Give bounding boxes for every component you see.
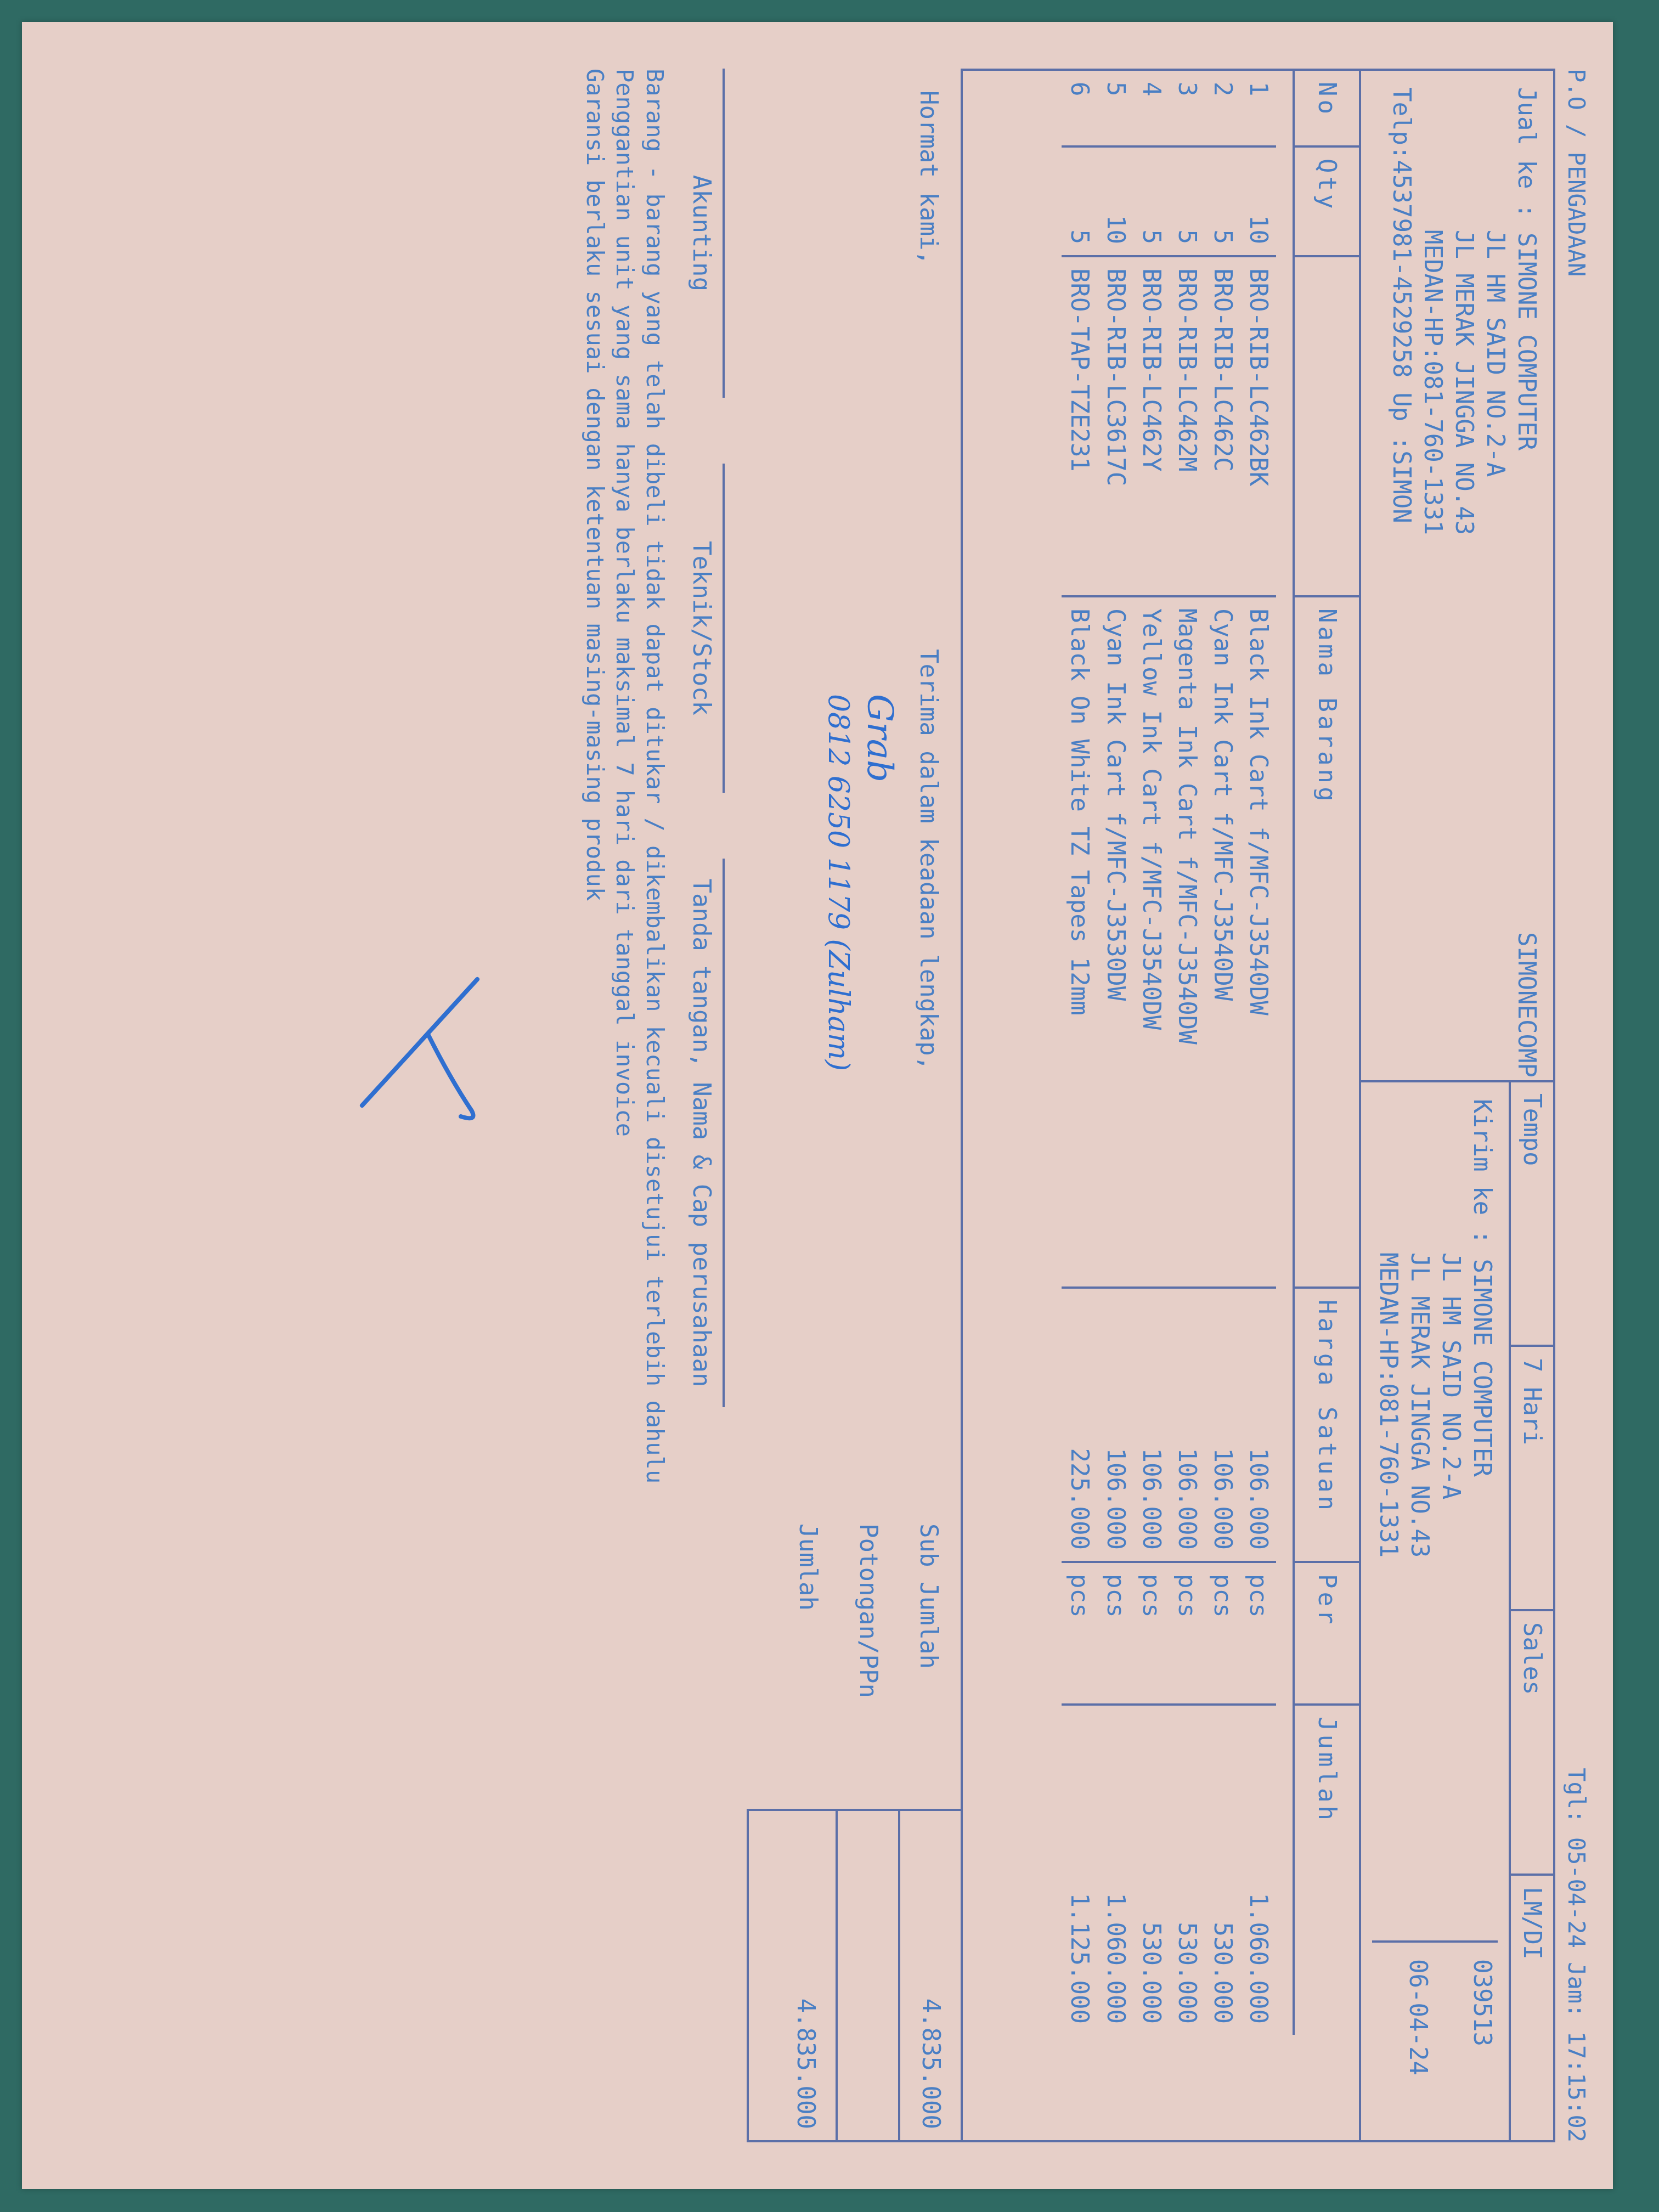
row-per: pcs xyxy=(1205,1563,1240,1706)
row-no: 6 xyxy=(1062,71,1097,148)
row-qty: 5 xyxy=(1062,148,1097,257)
regards-text: Hormat kami, xyxy=(913,91,944,265)
ship-to-city-phone: MEDAN-HP:081-760-1331 xyxy=(1372,1099,1403,1929)
totals-section: Hormat kami, Terima dalam keadaan lengka… xyxy=(747,69,961,2142)
row-name: Yellow Ink Cart f/MFC-J3540DW xyxy=(1133,597,1169,1289)
row-price: 106.000 xyxy=(1097,1289,1133,1563)
customer-code: SIMONECOMP xyxy=(1359,927,1555,1080)
ship-to-address-1: JL HM SAID NO.2-A xyxy=(1435,1099,1466,1929)
row-price: 106.000 xyxy=(1240,1289,1276,1563)
meta-grid: Tempo 7 Hari Sales LM/DI xyxy=(1509,1082,1553,2140)
table-row: 5 10 BRO-RIB-LC3617C Cyan Ink Cart f/MFC… xyxy=(1097,71,1133,2140)
col-no: No xyxy=(1293,71,1359,148)
date-label: Tgl xyxy=(1563,1768,1590,1809)
row-total: 1.060.000 xyxy=(1097,1706,1133,2035)
doc-title-bar: P.O / PENGADAAN Tgl: 05-04-24 Jam: 17:15… xyxy=(1555,36,1602,2175)
total-label: Jumlah xyxy=(763,1523,823,1798)
row-no: 2 xyxy=(1205,71,1240,148)
row-total: 530.000 xyxy=(1205,1706,1240,2035)
ship-to-name: SIMONE COMPUTER xyxy=(1468,1259,1496,1476)
row-code: BRO-RIB-LC462Y xyxy=(1133,257,1169,597)
invoice-header: Jual ke : SIMONE COMPUTER JL HM SAID NO.… xyxy=(1359,69,1555,2142)
row-no: 5 xyxy=(1097,71,1133,148)
row-name: Magenta Ink Cart f/MFC-J3540DW xyxy=(1169,597,1205,1289)
sign-stock: Teknik/Stock xyxy=(686,464,725,793)
row-total: 1.060.000 xyxy=(1240,1706,1276,2035)
sign-accounting: Akunting xyxy=(686,69,725,398)
signature-row: Akunting Teknik/Stock Tanda tangan, Nama… xyxy=(686,69,725,2142)
bill-to-address-2: JL MERAK JINGGA NO.43 xyxy=(1448,87,1480,910)
subtotal-value: 4.835.000 xyxy=(898,1811,961,2140)
totals-labels: Sub Jumlah Potongan/PPn Jumlah xyxy=(747,1513,961,1809)
row-price: 106.000 xyxy=(1133,1289,1169,1563)
row-code: BRO-RIB-LC462C xyxy=(1205,257,1240,597)
note-1: Barang - barang yang telah dibeli tidak … xyxy=(639,69,669,2142)
items-table-body: 1 10 BRO-RIB-LC462BK Black Ink Cart f/MF… xyxy=(963,71,1293,2140)
bill-to-block: Jual ke : SIMONE COMPUTER JL HM SAID NO.… xyxy=(1359,69,1555,927)
received-text: Terima dalam keadaan lengkap, xyxy=(913,649,944,1070)
row-total: 530.000 xyxy=(1169,1706,1205,2035)
row-qty: 5 xyxy=(1205,148,1240,257)
col-total: Jumlah xyxy=(1293,1706,1359,2035)
table-row: 3 5 BRO-RIB-LC462M Magenta Ink Cart f/MF… xyxy=(1169,71,1205,2140)
discount-value xyxy=(836,1811,898,2140)
ship-to-block: Kirim ke : SIMONE COMPUTER JL HM SAID NO… xyxy=(1361,1082,1509,2140)
tempo-label: Tempo xyxy=(1511,1082,1553,1347)
row-name: Black Ink Cart f/MFC-J3540DW xyxy=(1240,597,1276,1289)
bill-to-phone-contact: Telp:4537981-4529258 Up :SIMON xyxy=(1385,87,1417,910)
ship-to-label: Kirim ke : xyxy=(1468,1099,1496,1244)
doc-title: P.O / PENGADAAN xyxy=(1561,69,1591,276)
row-total: 530.000 xyxy=(1133,1706,1169,2035)
row-price: 106.000 xyxy=(1169,1289,1205,1563)
items-table-header: No Qty Nama Barang Harga Satuan Per Juml… xyxy=(1293,71,1359,2140)
note-2: Penggantian unit yang sama hanya berlaku… xyxy=(610,69,640,2142)
row-no: 3 xyxy=(1169,71,1205,148)
row-price: 106.000 xyxy=(1205,1289,1240,1563)
row-code: BRO-RIB-LC3617C xyxy=(1097,257,1133,597)
table-row: 6 5 BRO-TAP-TZE231 Black On White TZ Tap… xyxy=(1062,71,1097,2140)
row-per: pcs xyxy=(1097,1563,1133,1706)
col-unit-price: Harga Satuan xyxy=(1293,1289,1359,1563)
invoice-paper: P.O / PENGADAAN Tgl: 05-04-24 Jam: 17:15… xyxy=(22,22,1613,2189)
row-no: 4 xyxy=(1133,71,1169,148)
row-code: BRO-TAP-TZE231 xyxy=(1062,257,1097,597)
row-qty: 10 xyxy=(1240,148,1276,257)
sales-label: Sales xyxy=(1511,1611,1553,1876)
handwritten-phone: 0812 6250 1179 (Zulham) xyxy=(819,694,856,1491)
time-value: 17:15:02 xyxy=(1563,2032,1590,2142)
col-qty: Qty xyxy=(1293,148,1359,257)
invoice-sheet: P.O / PENGADAAN Tgl: 05-04-24 Jam: 17:15… xyxy=(33,36,1602,2175)
subtotal-label: Sub Jumlah xyxy=(884,1523,944,1798)
row-qty: 5 xyxy=(1133,148,1169,257)
row-name: Cyan Ink Cart f/MFC-J3530DW xyxy=(1097,597,1133,1289)
total-value: 4.835.000 xyxy=(775,1811,836,2140)
sales-value: LM/DI xyxy=(1511,1876,1553,2140)
row-no: 1 xyxy=(1240,71,1276,148)
row-total: 1.125.000 xyxy=(1062,1706,1097,2035)
note-3: Garansi berlaku sesuai dengan ketentuan … xyxy=(579,69,610,2142)
col-item-name: Nama Barang xyxy=(1293,597,1359,1289)
ship-to-address-2: JL MERAK JINGGA NO.43 xyxy=(1404,1099,1435,1929)
bill-to-name: SIMONE COMPUTER xyxy=(1513,233,1541,450)
bill-to-address-1: JL HM SAID NO.2-A xyxy=(1480,87,1511,910)
handwritten-name: Grab xyxy=(856,694,902,1491)
row-code: BRO-RIB-LC462M xyxy=(1169,257,1205,597)
row-price: 225.000 xyxy=(1062,1289,1097,1563)
row-name: Black On White TZ Tapes 12mm xyxy=(1062,597,1097,1289)
signature-mark-icon xyxy=(351,968,494,1133)
bill-to-label: Jual ke : xyxy=(1513,87,1541,218)
row-per: pcs xyxy=(1133,1563,1169,1706)
meta-block: Tempo 7 Hari Sales LM/DI Kirim ke : SIMO… xyxy=(1359,1080,1555,2142)
col-code xyxy=(1293,257,1359,597)
table-row: 2 5 BRO-RIB-LC462C Cyan Ink Cart f/MFC-J… xyxy=(1205,71,1240,2140)
sign-company: Tanda tangan, Nama & Cap perusahaan xyxy=(686,859,725,1407)
totals-values: 4.835.000 4.835.000 xyxy=(747,1809,961,2142)
row-per: pcs xyxy=(1062,1563,1097,1706)
doc-datetime: Tgl: 05-04-24 Jam: 17:15:02 xyxy=(1561,1768,1591,2142)
row-per: pcs xyxy=(1169,1563,1205,1706)
tempo-value: 7 Hari xyxy=(1511,1347,1553,1611)
col-per: Per xyxy=(1293,1563,1359,1706)
table-row: 4 5 BRO-RIB-LC462Y Yellow Ink Cart f/MFC… xyxy=(1133,71,1169,2140)
due-date: 06-04-24 xyxy=(1402,1959,1434,2124)
row-code: BRO-RIB-LC462BK xyxy=(1240,257,1276,597)
row-qty: 5 xyxy=(1169,148,1205,257)
row-qty: 10 xyxy=(1097,148,1133,257)
row-per: pcs xyxy=(1240,1563,1276,1706)
bill-to-city-phone: MEDAN-HP:081-760-1331 xyxy=(1417,87,1448,910)
time-label: Jam xyxy=(1563,1962,1590,2004)
terms-notes: Barang - barang yang telah dibeli tidak … xyxy=(579,69,669,2142)
items-table: No Qty Nama Barang Harga Satuan Per Juml… xyxy=(961,69,1359,2142)
receipt-block: Hormat kami, Terima dalam keadaan lengka… xyxy=(747,69,961,1513)
table-row: 1 10 BRO-RIB-LC462BK Black Ink Cart f/MF… xyxy=(1240,71,1276,2140)
date-value: 05-04-24 xyxy=(1563,1837,1590,1948)
invoice-number: 039513 xyxy=(1466,1959,1498,2124)
discount-label: Potongan/PPn xyxy=(823,1523,884,1798)
row-name: Cyan Ink Cart f/MFC-J3540DW xyxy=(1205,597,1240,1289)
